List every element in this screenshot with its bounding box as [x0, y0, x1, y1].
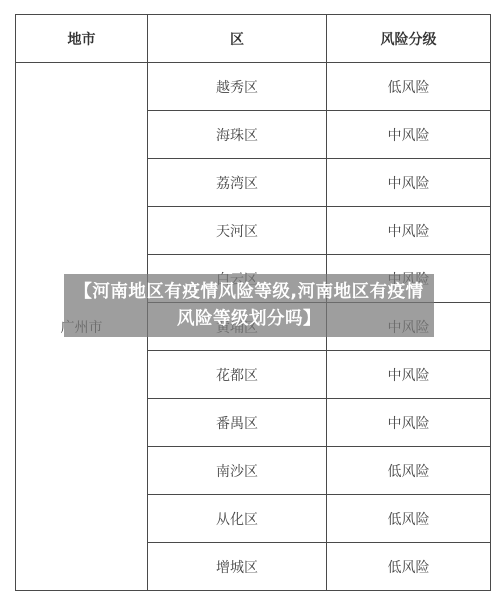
- district-cell: 从化区: [148, 495, 327, 543]
- district-cell: 番禺区: [148, 399, 327, 447]
- district-cell: 花都区: [148, 351, 327, 399]
- district-cell: 增城区: [148, 543, 327, 591]
- title-overlay-banner: 【河南地区有疫情风险等级,河南地区有疫情风险等级划分吗】: [64, 274, 434, 337]
- risk-cell: 中风险: [327, 207, 491, 255]
- risk-cell: 低风险: [327, 495, 491, 543]
- district-cell: 南沙区: [148, 447, 327, 495]
- table-row: 广州市 越秀区 低风险: [16, 63, 491, 111]
- banner-title: 【河南地区有疫情风险等级,河南地区有疫情风险等级划分吗】: [69, 279, 429, 333]
- header-city: 地市: [16, 15, 148, 63]
- risk-cell: 中风险: [327, 111, 491, 159]
- district-cell: 荔湾区: [148, 159, 327, 207]
- header-district: 区: [148, 15, 327, 63]
- risk-cell: 中风险: [327, 351, 491, 399]
- risk-cell: 低风险: [327, 63, 491, 111]
- district-cell: 天河区: [148, 207, 327, 255]
- risk-cell: 中风险: [327, 399, 491, 447]
- risk-cell: 低风险: [327, 447, 491, 495]
- risk-cell: 中风险: [327, 159, 491, 207]
- district-cell: 越秀区: [148, 63, 327, 111]
- district-cell: 海珠区: [148, 111, 327, 159]
- table-header-row: 地市 区 风险分级: [16, 15, 491, 63]
- risk-cell: 低风险: [327, 543, 491, 591]
- header-risk-level: 风险分级: [327, 15, 491, 63]
